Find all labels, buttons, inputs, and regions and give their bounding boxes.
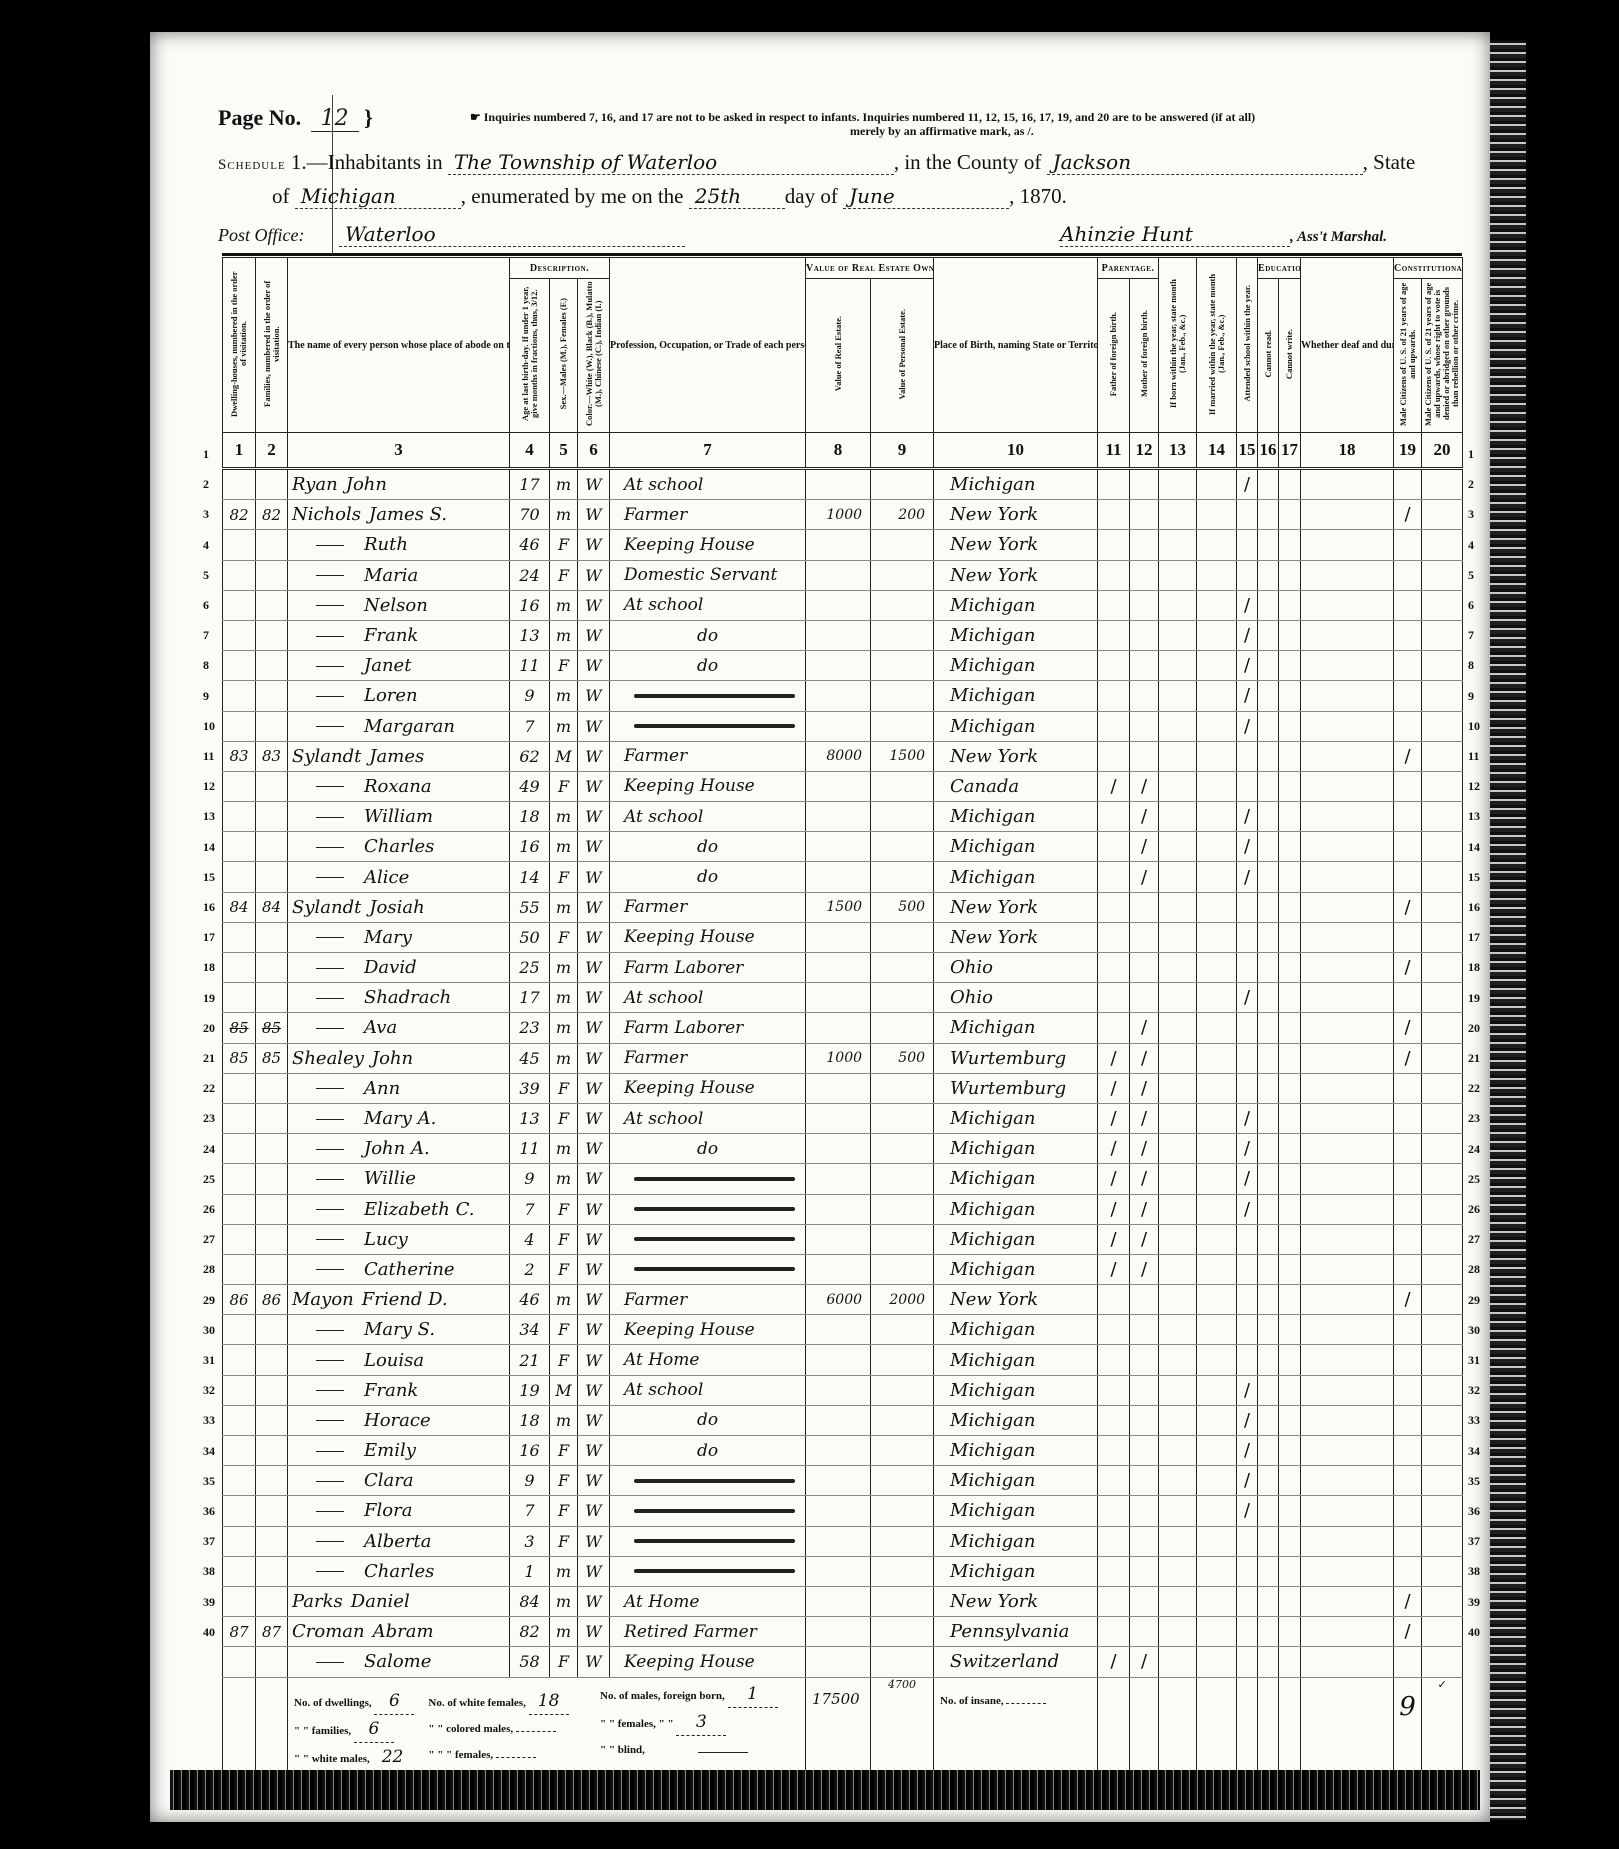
attended-school-mark: / xyxy=(1237,1496,1258,1526)
line-number-right: 21 xyxy=(1468,1051,1480,1066)
married-in-year xyxy=(1197,711,1237,741)
color: W xyxy=(578,560,610,590)
color: W xyxy=(578,590,610,620)
attended-school-mark: / xyxy=(1237,1134,1258,1164)
color: W xyxy=(578,681,610,711)
dwelling-number xyxy=(223,832,256,862)
male-citizen-mark xyxy=(1394,530,1422,560)
family-number xyxy=(256,1375,288,1405)
schedule-label: Schedule xyxy=(218,157,286,173)
deaf-blind-insane xyxy=(1301,802,1394,832)
male-citizen-mark xyxy=(1394,681,1422,711)
mother-foreign-mark: / xyxy=(1130,802,1159,832)
mother-foreign-mark xyxy=(1130,530,1159,560)
attended-school-mark xyxy=(1237,1073,1258,1103)
vote-denied xyxy=(1422,1526,1463,1556)
real-estate-value xyxy=(806,1617,871,1647)
line-number-left: 16 xyxy=(203,900,215,915)
cannot-write xyxy=(1279,1526,1301,1556)
dwelling-number xyxy=(223,1224,256,1254)
person-name: Catherine xyxy=(288,1254,510,1284)
age: 34 xyxy=(510,1315,550,1345)
born-in-year xyxy=(1159,741,1197,771)
cannot-read xyxy=(1258,1405,1279,1435)
state-field: Michigan xyxy=(295,184,461,209)
color: W xyxy=(578,620,610,650)
col-15-header: Attended school within the year. xyxy=(1237,258,1258,433)
deaf-blind-insane xyxy=(1301,1285,1394,1315)
birthplace: Michigan xyxy=(934,1194,1098,1224)
given-name: Salome xyxy=(364,1651,431,1672)
father-foreign-mark: / xyxy=(1098,1134,1130,1164)
attended-school-mark xyxy=(1237,922,1258,952)
attended-school-mark xyxy=(1237,1526,1258,1556)
line-number-left: 30 xyxy=(203,1323,215,1338)
sex: F xyxy=(550,1315,578,1345)
deaf-blind-insane xyxy=(1301,1526,1394,1556)
line-number-right: 34 xyxy=(1468,1444,1480,1459)
mother-foreign-mark xyxy=(1130,560,1159,590)
given-name: David xyxy=(364,957,417,978)
color: W xyxy=(578,1466,610,1496)
cannot-read xyxy=(1258,771,1279,801)
age: 23 xyxy=(510,1013,550,1043)
ditto-dash xyxy=(316,1390,344,1391)
personal-estate-value xyxy=(871,1436,934,1466)
table-row: Margaran7mWMichigan/ xyxy=(223,711,1463,741)
married-in-year xyxy=(1197,590,1237,620)
vote-denied xyxy=(1422,1586,1463,1616)
deaf-blind-insane xyxy=(1301,1586,1394,1616)
personal-estate-value xyxy=(871,1617,934,1647)
male-citizen-mark xyxy=(1394,1134,1422,1164)
dwelling-number: 83 xyxy=(223,741,256,771)
line-number-left: 19 xyxy=(203,991,215,1006)
table-row: 8282NicholsJames S.70mWFarmer1000200New … xyxy=(223,500,1463,530)
cannot-write xyxy=(1279,802,1301,832)
cannot-read xyxy=(1258,1285,1279,1315)
sex: m xyxy=(550,1013,578,1043)
father-foreign-mark xyxy=(1098,892,1130,922)
birthplace: Michigan xyxy=(934,620,1098,650)
personal-estate-value xyxy=(871,771,934,801)
dwelling-number xyxy=(223,922,256,952)
vote-denied xyxy=(1422,469,1463,500)
real-estate-value xyxy=(806,1254,871,1284)
cannot-read xyxy=(1258,1496,1279,1526)
cannot-read xyxy=(1258,1556,1279,1586)
post-office-label: Post Office: xyxy=(218,225,304,245)
dwelling-number: 84 xyxy=(223,892,256,922)
line-number-right: 27 xyxy=(1468,1232,1480,1247)
married-in-year xyxy=(1197,1375,1237,1405)
male-citizen-mark xyxy=(1394,802,1422,832)
cannot-write xyxy=(1279,590,1301,620)
attended-school-mark: / xyxy=(1237,620,1258,650)
vote-denied xyxy=(1422,1345,1463,1375)
sex: m xyxy=(550,892,578,922)
vote-denied xyxy=(1422,771,1463,801)
line-number-left: 18 xyxy=(203,960,215,975)
county-label: , in the County of xyxy=(894,150,1042,174)
col-16-header: Cannot read. xyxy=(1258,279,1279,433)
birthplace: Michigan xyxy=(934,802,1098,832)
line-number-right: 14 xyxy=(1468,840,1480,855)
state-label: , State xyxy=(1363,150,1416,174)
birthplace: Michigan xyxy=(934,1013,1098,1043)
born-in-year xyxy=(1159,1586,1197,1616)
deaf-blind-insane xyxy=(1301,771,1394,801)
dwelling-number xyxy=(223,1073,256,1103)
married-in-year xyxy=(1197,1134,1237,1164)
line-number-right: 20 xyxy=(1468,1021,1480,1036)
of-label: of xyxy=(272,184,290,208)
person-name: Mary A. xyxy=(288,1103,510,1133)
insane-count xyxy=(1006,1703,1046,1704)
real-estate-value xyxy=(806,530,871,560)
male-citizen-mark xyxy=(1394,1556,1422,1586)
given-name: John A. xyxy=(364,1138,430,1159)
birthplace: Michigan xyxy=(934,651,1098,681)
dwelling-number xyxy=(223,862,256,892)
color: W xyxy=(578,1164,610,1194)
occupation: Farmer xyxy=(610,500,806,530)
person-name: Ava xyxy=(288,1013,510,1043)
line-number-right: 26 xyxy=(1468,1202,1480,1217)
person-name: Frank xyxy=(288,1375,510,1405)
color: W xyxy=(578,1586,610,1616)
occupation xyxy=(610,1556,806,1586)
deaf-blind-insane xyxy=(1301,862,1394,892)
color: W xyxy=(578,1254,610,1284)
age: 46 xyxy=(510,1285,550,1315)
family-number xyxy=(256,1405,288,1435)
surname: Parks xyxy=(292,1591,343,1612)
married-in-year xyxy=(1197,1164,1237,1194)
father-foreign-mark xyxy=(1098,802,1130,832)
vote-denied xyxy=(1422,1013,1463,1043)
sex: m xyxy=(550,500,578,530)
dwelling-number xyxy=(223,1164,256,1194)
attended-school-mark xyxy=(1237,1254,1258,1284)
given-name: Charles xyxy=(364,1561,434,1582)
line-number-right: 23 xyxy=(1468,1111,1480,1126)
mother-foreign-mark: / xyxy=(1130,1194,1159,1224)
vote-denied xyxy=(1422,560,1463,590)
table-row: Mary S.34FWKeeping HouseMichigan xyxy=(223,1315,1463,1345)
ditto-dash xyxy=(316,877,344,878)
cannot-read xyxy=(1258,862,1279,892)
male-citizen-mark xyxy=(1394,1647,1422,1677)
parentage-group-header: Parentage. xyxy=(1098,258,1159,279)
deaf-blind-insane xyxy=(1301,1405,1394,1435)
male-citizen-mark xyxy=(1394,469,1422,500)
blank-line-mark xyxy=(634,1267,795,1271)
sex: m xyxy=(550,681,578,711)
given-name: Mary A. xyxy=(364,1108,436,1129)
mother-foreign-mark: / xyxy=(1130,1103,1159,1133)
sex: F xyxy=(550,922,578,952)
table-row: Lucy4FWMichigan// xyxy=(223,1224,1463,1254)
occupation xyxy=(610,1164,806,1194)
vote-denied xyxy=(1422,1496,1463,1526)
father-foreign-mark: / xyxy=(1098,1073,1130,1103)
family-number xyxy=(256,1466,288,1496)
color: W xyxy=(578,500,610,530)
father-foreign-mark: / xyxy=(1098,1194,1130,1224)
table-row: Mary A.13FWAt schoolMichigan/// xyxy=(223,1103,1463,1133)
personal-estate-value xyxy=(871,832,934,862)
cannot-write xyxy=(1279,983,1301,1013)
col-18-header: Whether deaf and dumb, blind, insane, or… xyxy=(1301,258,1394,433)
born-in-year xyxy=(1159,1496,1197,1526)
description-group-header: Description. xyxy=(510,258,610,279)
father-foreign-mark xyxy=(1098,1466,1130,1496)
dwelling-number xyxy=(223,1375,256,1405)
family-number xyxy=(256,1496,288,1526)
line-number-left: 37 xyxy=(203,1534,215,1549)
occupation xyxy=(610,681,806,711)
personal-estate-value xyxy=(871,711,934,741)
surname: Nichols xyxy=(292,504,361,525)
birthplace: New York xyxy=(934,1285,1098,1315)
married-in-year xyxy=(1197,1043,1237,1073)
personal-estate-value xyxy=(871,590,934,620)
page-number-value: 12 xyxy=(311,106,359,132)
birthplace: Switzerland xyxy=(934,1647,1098,1677)
cannot-read xyxy=(1258,469,1279,500)
born-in-year xyxy=(1159,1043,1197,1073)
born-in-year xyxy=(1159,1073,1197,1103)
dwelling-number xyxy=(223,1647,256,1677)
family-number: 86 xyxy=(256,1285,288,1315)
table-row: Nelson16mWAt schoolMichigan/ xyxy=(223,590,1463,620)
mother-foreign-mark xyxy=(1130,1526,1159,1556)
line-number-right: 22 xyxy=(1468,1081,1480,1096)
color: W xyxy=(578,1405,610,1435)
real-estate-value xyxy=(806,681,871,711)
family-number xyxy=(256,469,288,500)
deaf-blind-insane xyxy=(1301,892,1394,922)
person-name: Ruth xyxy=(288,530,510,560)
cannot-read xyxy=(1258,953,1279,983)
birthplace: Michigan xyxy=(934,681,1098,711)
personal-estate-value xyxy=(871,1224,934,1254)
attended-school-mark xyxy=(1237,500,1258,530)
person-name: Roxana xyxy=(288,771,510,801)
born-in-year xyxy=(1159,1103,1197,1133)
person-name: Ann xyxy=(288,1073,510,1103)
line-number-left: 31 xyxy=(203,1353,215,1368)
mother-foreign-mark: / xyxy=(1130,1224,1159,1254)
vote-denied xyxy=(1422,500,1463,530)
male-citizen-mark xyxy=(1394,1224,1422,1254)
table-row: Shadrach17mWAt schoolOhio/ xyxy=(223,983,1463,1013)
born-in-year xyxy=(1159,771,1197,801)
occupation: do xyxy=(610,1134,806,1164)
born-in-year xyxy=(1159,1254,1197,1284)
cannot-write xyxy=(1279,1013,1301,1043)
deaf-blind-insane xyxy=(1301,1617,1394,1647)
real-estate-value xyxy=(806,560,871,590)
male-citizen-mark: / xyxy=(1394,1043,1422,1073)
father-foreign-mark xyxy=(1098,862,1130,892)
blank-line-mark xyxy=(634,1509,795,1513)
male-citizen-mark xyxy=(1394,1496,1422,1526)
father-foreign-mark xyxy=(1098,530,1130,560)
column-number-row: 123 456 789 101112 131415 161718 1920 xyxy=(223,433,1463,469)
color: W xyxy=(578,651,610,681)
age: 21 xyxy=(510,1345,550,1375)
deaf-blind-insane xyxy=(1301,681,1394,711)
married-in-year xyxy=(1197,1436,1237,1466)
family-number xyxy=(256,953,288,983)
line-number-right: 28 xyxy=(1468,1262,1480,1277)
table-row: RyanJohn17mWAt schoolMichigan/ xyxy=(223,469,1463,500)
given-name: Margaran xyxy=(364,716,455,737)
deaf-blind-insane xyxy=(1301,922,1394,952)
line-number-left: 4 xyxy=(203,538,209,553)
attended-school-mark: / xyxy=(1237,469,1258,500)
occupation xyxy=(610,1526,806,1556)
dwelling-number xyxy=(223,1345,256,1375)
blank-line-mark xyxy=(634,1539,795,1543)
attended-school-mark: / xyxy=(1237,1405,1258,1435)
line-number-left: 35 xyxy=(203,1474,215,1489)
line-number-right: 18 xyxy=(1468,960,1480,975)
married-in-year xyxy=(1197,892,1237,922)
person-name: Alberta xyxy=(288,1526,510,1556)
birthplace: Michigan xyxy=(934,1254,1098,1284)
personal-estate-value xyxy=(871,1134,934,1164)
given-name: James xyxy=(369,746,424,767)
occupation: Farm Laborer xyxy=(610,953,806,983)
ditto-dash xyxy=(316,1239,344,1240)
mother-foreign-mark xyxy=(1130,1345,1159,1375)
occupation: Keeping House xyxy=(610,922,806,952)
father-foreign-mark xyxy=(1098,1013,1130,1043)
page-number-field: Page No. 12 } xyxy=(218,105,373,132)
vote-denied xyxy=(1422,922,1463,952)
cannot-write xyxy=(1279,832,1301,862)
age: 11 xyxy=(510,1134,550,1164)
age: 16 xyxy=(510,832,550,862)
real-estate-value: 1000 xyxy=(806,1043,871,1073)
real-estate-value xyxy=(806,1224,871,1254)
sex: m xyxy=(550,1617,578,1647)
person-name: Emily xyxy=(288,1436,510,1466)
line-number-left: 6 xyxy=(203,598,209,613)
birthplace: Michigan xyxy=(934,1315,1098,1345)
line-number-right: 37 xyxy=(1468,1534,1480,1549)
male-citizen-mark xyxy=(1394,1103,1422,1133)
line-number-right: 39 xyxy=(1468,1595,1480,1610)
dwelling-number: 86 xyxy=(223,1285,256,1315)
occupation xyxy=(610,1496,806,1526)
occupation xyxy=(610,1254,806,1284)
dwelling-number xyxy=(223,560,256,590)
birthplace: Michigan xyxy=(934,1103,1098,1133)
personal-estate-value xyxy=(871,651,934,681)
birthplace: Wurtemburg xyxy=(934,1073,1098,1103)
vote-denied xyxy=(1422,983,1463,1013)
blank-line-mark xyxy=(634,1479,795,1483)
sex: m xyxy=(550,1164,578,1194)
ditto-dash xyxy=(316,1269,344,1270)
color: W xyxy=(578,983,610,1013)
attended-school-mark xyxy=(1237,1617,1258,1647)
occupation: Keeping House xyxy=(610,1073,806,1103)
cannot-read xyxy=(1258,922,1279,952)
surname: Mayon xyxy=(292,1289,354,1310)
color: W xyxy=(578,1315,610,1345)
birthplace: Michigan xyxy=(934,1134,1098,1164)
male-citizen-mark xyxy=(1394,1405,1422,1435)
line-number-left: 32 xyxy=(203,1383,215,1398)
table-row: Frank19MWAt schoolMichigan/ xyxy=(223,1375,1463,1405)
real-estate-value xyxy=(806,1345,871,1375)
color: W xyxy=(578,771,610,801)
mother-foreign-mark xyxy=(1130,651,1159,681)
personal-estate-value xyxy=(871,1345,934,1375)
family-number xyxy=(256,1345,288,1375)
personal-estate-value xyxy=(871,1647,934,1677)
father-foreign-mark xyxy=(1098,983,1130,1013)
col-13-header: If born within the year, state month (Ja… xyxy=(1159,258,1197,433)
table-row: 8484SylandtJosiah55mWFarmer1500500New Yo… xyxy=(223,892,1463,922)
line-number-left: 26 xyxy=(203,1202,215,1217)
col-12-header: Mother of foreign birth. xyxy=(1130,279,1159,433)
personal-estate-value xyxy=(871,1466,934,1496)
married-in-year xyxy=(1197,922,1237,952)
ditto-dash xyxy=(316,1209,344,1210)
person-name: Horace xyxy=(288,1405,510,1435)
sex: F xyxy=(550,1526,578,1556)
given-name: Josiah xyxy=(369,897,424,918)
attended-school-mark xyxy=(1237,560,1258,590)
line-number-right: 31 xyxy=(1468,1353,1480,1368)
birthplace: Michigan xyxy=(934,1496,1098,1526)
line-number-left: 14 xyxy=(203,840,215,855)
age: 18 xyxy=(510,1405,550,1435)
occupation: do xyxy=(610,1405,806,1435)
sex: F xyxy=(550,1103,578,1133)
color: W xyxy=(578,530,610,560)
given-name: James S. xyxy=(369,504,447,525)
real-estate-value xyxy=(806,469,871,500)
dwelling-number: 82 xyxy=(223,500,256,530)
personal-estate-value xyxy=(871,1254,934,1284)
cannot-read xyxy=(1258,1043,1279,1073)
cannot-write xyxy=(1279,953,1301,983)
person-name: Janet xyxy=(288,651,510,681)
blank-line-mark xyxy=(634,694,795,698)
line-number-left: 15 xyxy=(203,870,215,885)
ditto-dash xyxy=(316,786,344,787)
dwelling-number xyxy=(223,771,256,801)
married-in-year xyxy=(1197,560,1237,590)
color: W xyxy=(578,832,610,862)
family-number xyxy=(256,1647,288,1677)
cannot-read xyxy=(1258,1375,1279,1405)
age: 39 xyxy=(510,1073,550,1103)
color: W xyxy=(578,1496,610,1526)
age: 62 xyxy=(510,741,550,771)
line-number-left: 23 xyxy=(203,1111,215,1126)
dwelling-number xyxy=(223,983,256,1013)
father-foreign-mark xyxy=(1098,1345,1130,1375)
personal-estate-value xyxy=(871,1315,934,1345)
